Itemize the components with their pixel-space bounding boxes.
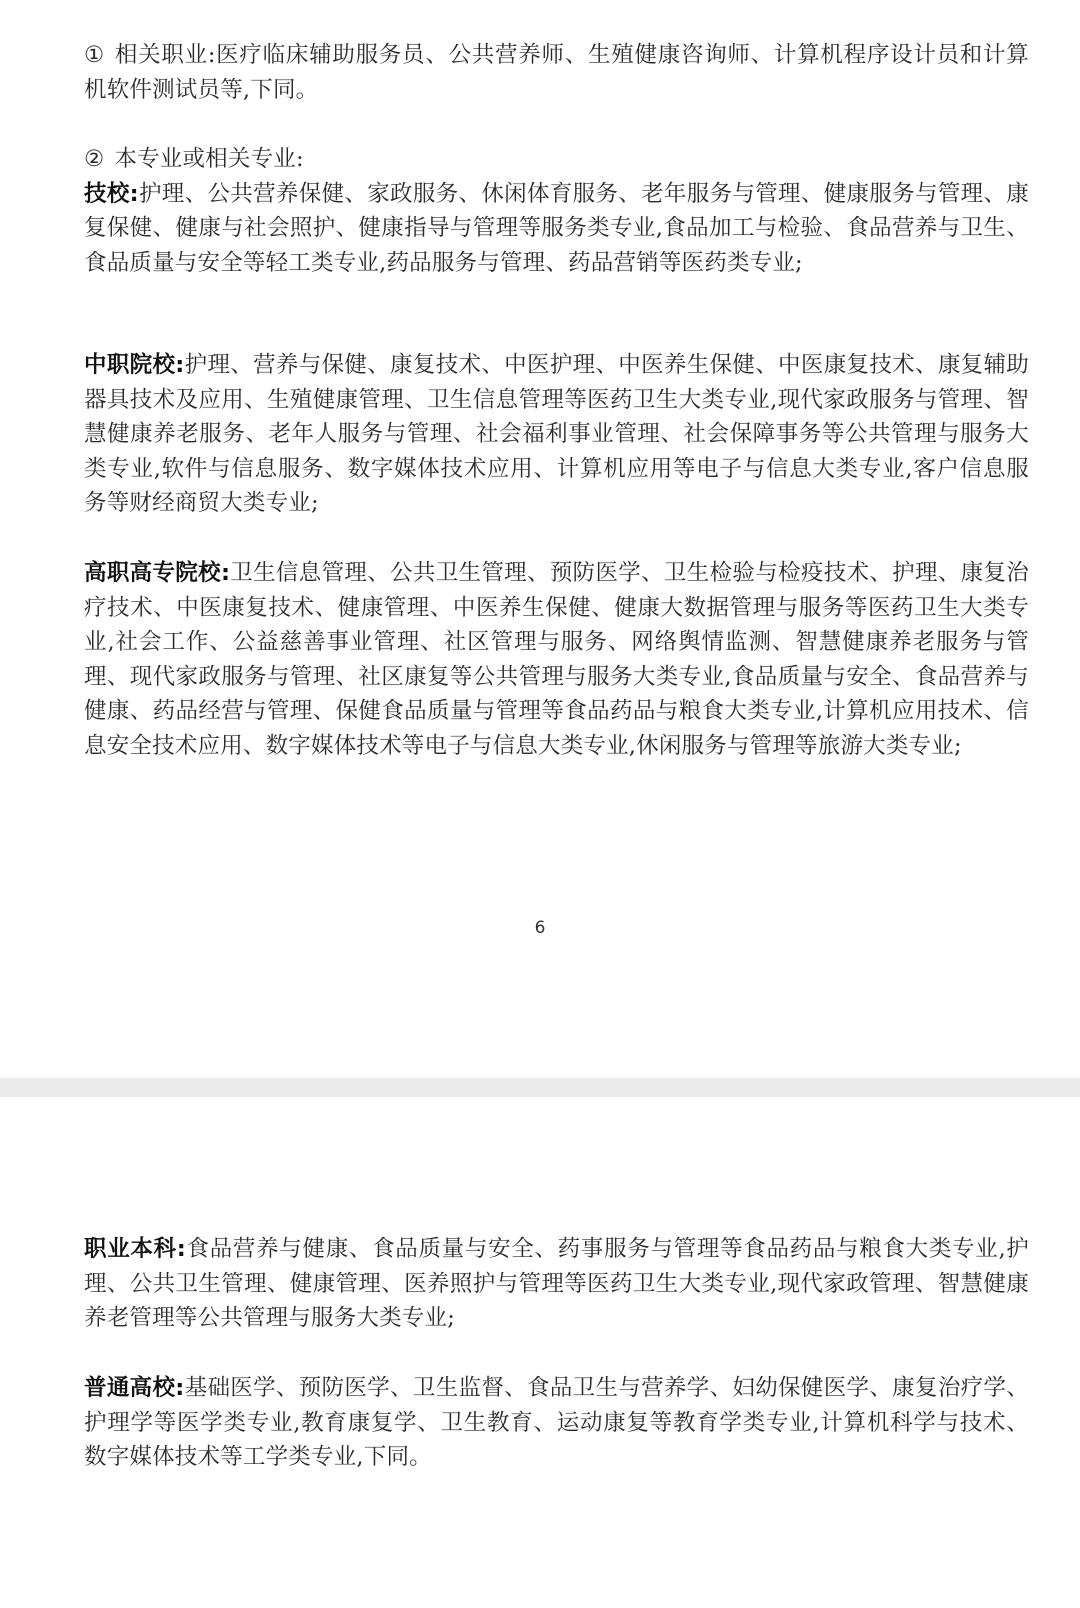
- document-page-6: ①相关职业:医疗临床辅助服务员、公共营养师、生殖健康咨询师、计算机程序设计员和计…: [0, 0, 1080, 1078]
- section-text: 卫生信息管理、公共卫生管理、预防医学、卫生检验与检疫技术、护理、康复治疗技术、中…: [84, 560, 1029, 759]
- section-text: 基础医学、预防医学、卫生监督、食品卫生与营养学、妇幼保健医学、康复治疗学、护理学…: [84, 1375, 1029, 1470]
- section-label: 中职院校:: [84, 352, 185, 378]
- section-text: 护理、营养与保健、康复技术、中医护理、中医养生保健、中医康复技术、康复辅助器具技…: [84, 352, 1029, 516]
- section-label: 高职高专院校:: [84, 560, 230, 586]
- section-label: 普通高校:: [84, 1375, 185, 1401]
- section-vocational-bachelor: 职业本科:食品营养与健康、食品质量与安全、药事服务与管理等食品药品与粮食大类专业…: [84, 1232, 1029, 1336]
- note-heading: 本专业或相关专业:: [114, 146, 303, 172]
- section-text: 护理、公共营养保健、家政服务、休闲体育服务、老年服务与管理、健康服务与管理、康复…: [84, 181, 1029, 276]
- page-number: 6: [0, 918, 1080, 938]
- note-text: 相关职业:医疗临床辅助服务员、公共营养师、生殖健康咨询师、计算机程序设计员和计算…: [84, 42, 1029, 103]
- circled-number-1-icon: ①: [84, 38, 104, 73]
- section-technical-school: 技校:护理、公共营养保健、家政服务、休闲体育服务、老年服务与管理、健康服务与管理…: [84, 177, 1029, 281]
- note-related-majors: ②本专业或相关专业: 技校:护理、公共营养保健、家政服务、休闲体育服务、老年服务…: [84, 142, 1029, 280]
- note-related-occupations: ①相关职业:医疗临床辅助服务员、公共营养师、生殖健康咨询师、计算机程序设计员和计…: [84, 38, 1029, 107]
- section-higher-vocational: 高职高专院校:卫生信息管理、公共卫生管理、预防医学、卫生检验与检疫技术、护理、康…: [84, 556, 1029, 763]
- section-text: 食品营养与健康、食品质量与安全、药事服务与管理等食品药品与粮食大类专业,护理、公…: [84, 1236, 1029, 1331]
- page-separator: [0, 1078, 1080, 1097]
- section-label: 职业本科:: [84, 1236, 186, 1262]
- section-regular-university: 普通高校:基础医学、预防医学、卫生监督、食品卫生与营养学、妇幼保健医学、康复治疗…: [84, 1371, 1029, 1475]
- document-page-7: 职业本科:食品营养与健康、食品质量与安全、药事服务与管理等食品药品与粮食大类专业…: [0, 1097, 1080, 1608]
- circled-number-2-icon: ②: [84, 142, 104, 177]
- section-secondary-vocational: 中职院校:护理、营养与保健、康复技术、中医护理、中医养生保健、中医康复技术、康复…: [84, 348, 1029, 521]
- section-label: 技校:: [84, 181, 139, 207]
